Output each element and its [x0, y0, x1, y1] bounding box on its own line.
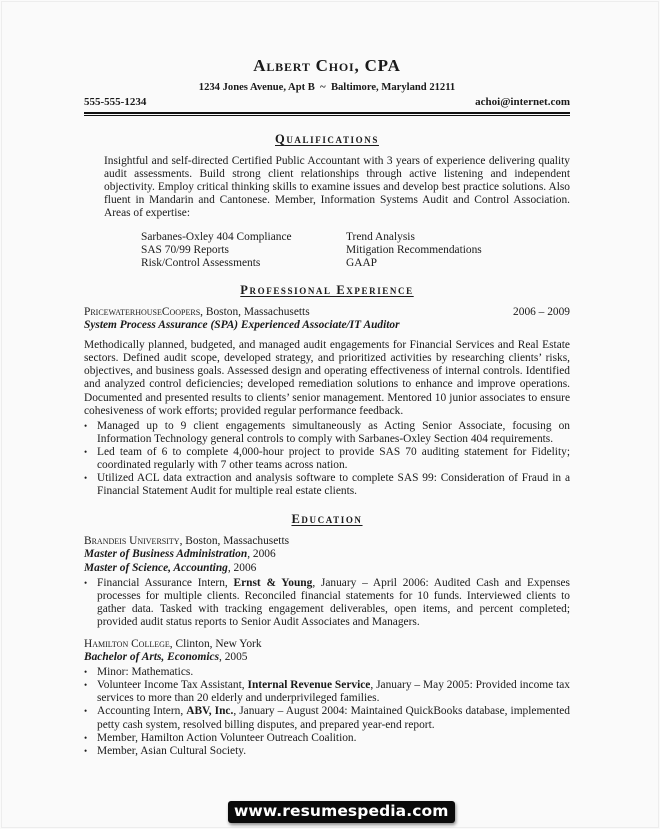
- employer-location: , Boston, Massachusetts: [200, 306, 309, 318]
- expertise-item: GAAP: [346, 257, 526, 270]
- job-bullet: Managed up to 9 client engagements simul…: [84, 420, 570, 446]
- job-entry: PricewaterhouseCoopers, Boston, Massachu…: [84, 306, 570, 498]
- expertise-item: Risk/Control Assessments: [141, 257, 346, 270]
- school-location: , Clinton, New York: [170, 638, 262, 650]
- degree-title: Master of Science, Accounting: [84, 562, 228, 574]
- phone: 555-555-1234: [84, 96, 146, 109]
- school-bullet: Volunteer Income Tax Assistant, Internal…: [84, 679, 570, 705]
- expertise-item: Sarbanes-Oxley 404 Compliance: [141, 231, 346, 244]
- email: achoi@internet.com: [475, 96, 570, 109]
- expertise-list: Sarbanes-Oxley 404 Compliance Trend Anal…: [141, 231, 570, 270]
- employer-name: ABV, Inc.: [186, 705, 233, 717]
- address: 1234 Jones Avenue, Apt B ~ Baltimore, Ma…: [84, 82, 570, 94]
- resume-page: Albert Choi, CPA 1234 Jones Avenue, Apt …: [84, 56, 570, 758]
- school-bullet: Member, Hamilton Action Volunteer Outrea…: [84, 732, 570, 745]
- degree-line: Master of Science, Accounting, 2006: [84, 562, 570, 575]
- section-title-education: Education: [84, 513, 570, 526]
- school-name: Brandeis University: [84, 535, 180, 547]
- job-bullet: Utilized ACL data extraction and analysi…: [84, 472, 570, 498]
- job-description: Methodically planned, budgeted, and mana…: [84, 339, 570, 418]
- degree-title: Master of Business Administration: [84, 548, 247, 560]
- candidate-name: Albert Choi, CPA: [84, 56, 570, 76]
- job-employer: PricewaterhouseCoopers, Boston, Massachu…: [84, 306, 310, 319]
- degree-title: Bachelor of Arts, Economics: [84, 651, 219, 663]
- job-org-line: PricewaterhouseCoopers, Boston, Massachu…: [84, 306, 570, 319]
- school-entry-hamilton: Hamilton College, Clinton, New York Bach…: [84, 638, 570, 758]
- degree-line: Master of Business Administration, 2006: [84, 548, 570, 561]
- watermark-link[interactable]: www.resumespedia.com: [228, 801, 455, 823]
- job-bullets: Managed up to 9 client engagements simul…: [84, 420, 570, 499]
- school-line: Hamilton College, Clinton, New York: [84, 638, 570, 651]
- degree-year: , 2005: [219, 651, 247, 663]
- employer-name: PricewaterhouseCoopers: [84, 306, 200, 318]
- section-title-experience: Professional Experience: [84, 284, 570, 297]
- degree-year: , 2006: [247, 548, 275, 560]
- expertise-item: Mitigation Recommendations: [346, 244, 526, 257]
- school-name: Hamilton College: [84, 638, 170, 650]
- job-title: System Process Assurance (SPA) Experienc…: [84, 319, 570, 332]
- degree-year: , 2006: [228, 562, 256, 574]
- job-bullet: Led team of 6 to complete 4,000-hour pro…: [84, 446, 570, 472]
- school-bullet: Accounting Intern, ABV, Inc., January – …: [84, 705, 570, 731]
- school-bullet: Member, Asian Cultural Society.: [84, 745, 570, 758]
- job-dates: 2006 – 2009: [513, 306, 570, 319]
- expertise-item: SAS 70/99 Reports: [141, 244, 346, 257]
- qualifications-summary: Insightful and self-directed Certified P…: [104, 155, 570, 220]
- school-bullet: Financial Assurance Intern, Ernst & Youn…: [84, 577, 570, 629]
- school-bullets: Financial Assurance Intern, Ernst & Youn…: [84, 577, 570, 629]
- section-title-qualifications: Qualifications: [84, 133, 570, 146]
- degree-line: Bachelor of Arts, Economics, 2005: [84, 651, 570, 664]
- contact-row: 555-555-1234 achoi@internet.com: [84, 96, 570, 109]
- school-location: , Boston, Massachusetts: [180, 535, 289, 547]
- school-entry-brandeis: Brandeis University, Boston, Massachuset…: [84, 535, 570, 629]
- employer-name: Ernst & Young: [234, 577, 313, 589]
- header-divider: [84, 112, 570, 116]
- employer-name: Internal Revenue Service: [248, 679, 371, 691]
- school-bullet: Minor: Mathematics.: [84, 666, 570, 679]
- school-bullets: Minor: Mathematics. Volunteer Income Tax…: [84, 666, 570, 758]
- expertise-item: Trend Analysis: [346, 231, 526, 244]
- school-line: Brandeis University, Boston, Massachuset…: [84, 535, 570, 548]
